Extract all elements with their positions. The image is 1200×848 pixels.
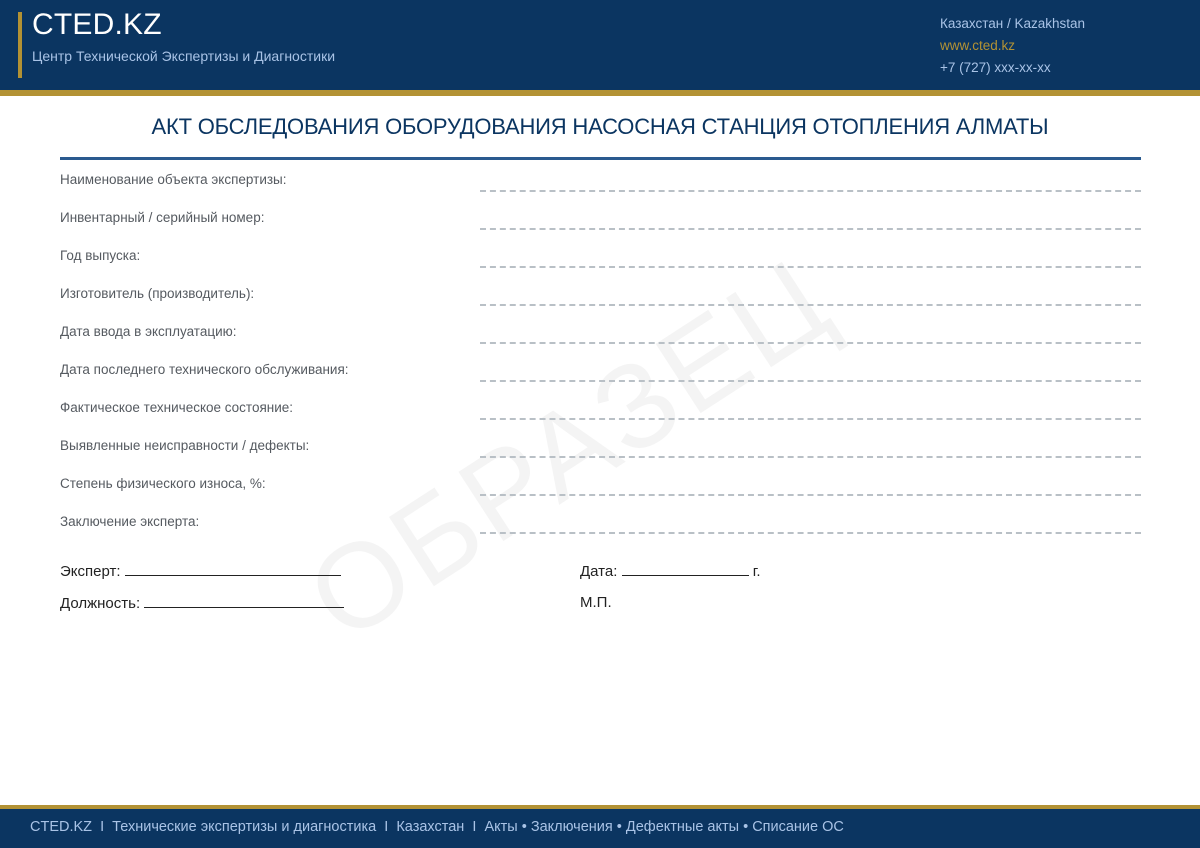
field-input-line[interactable] [480,342,1141,344]
position-label: Должность: [60,595,140,612]
stamp-place: М.П. [580,594,612,611]
footer-text: CTED.KZ I Технические экспертизы и диагн… [30,819,844,835]
field-input-line[interactable] [480,380,1141,382]
position-signature: Должность: [60,594,344,612]
field-input-line[interactable] [480,228,1141,230]
document-title: АКТ ОБСЛЕДОВАНИЯ ОБОРУДОВАНИЯ НАСОСНАЯ С… [0,114,1200,140]
field-row: Наименование объекта экспертизы: [60,172,1141,210]
header-gold-divider [0,90,1200,96]
field-input-line[interactable] [480,266,1141,268]
field-row: Заключение эксперта: [60,514,1141,552]
field-input-line[interactable] [480,456,1141,458]
field-label: Изготовитель (производитель): [60,286,254,301]
field-input-line[interactable] [480,304,1141,306]
date-suffix: г. [753,563,761,580]
field-label: Год выпуска: [60,248,140,263]
field-row: Изготовитель (производитель): [60,286,1141,324]
date-label: Дата: [580,563,617,580]
contact-phone: +7 (727) xxx-xx-xx [940,60,1051,75]
field-label: Выявленные неисправности / дефекты: [60,438,309,453]
brand-subtitle: Центр Технической Экспертизы и Диагности… [32,48,335,64]
brand-accent-bar [18,12,22,78]
expert-label: Эксперт: [60,563,121,580]
title-divider [60,157,1141,160]
position-line[interactable] [144,594,344,608]
expert-signature-line[interactable] [125,562,341,576]
brand-title: CTED.KZ [32,8,162,42]
field-label: Инвентарный / серийный номер: [60,210,264,225]
field-row: Выявленные неисправности / дефекты: [60,438,1141,476]
field-input-line[interactable] [480,190,1141,192]
field-row: Инвентарный / серийный номер: [60,210,1141,248]
field-row: Фактическое техническое состояние: [60,400,1141,438]
field-label: Заключение эксперта: [60,514,199,529]
field-label: Наименование объекта экспертизы: [60,172,287,187]
field-input-line[interactable] [480,532,1141,534]
field-row: Дата последнего технического обслуживани… [60,362,1141,400]
field-row: Степень физического износа, %: [60,476,1141,514]
field-row: Дата ввода в эксплуатацию: [60,324,1141,362]
field-label: Дата ввода в эксплуатацию: [60,324,237,339]
contact-website-link[interactable]: www.cted.kz [940,38,1015,53]
field-label: Степень физического износа, %: [60,476,266,491]
field-input-line[interactable] [480,494,1141,496]
field-row: Год выпуска: [60,248,1141,286]
expert-signature: Эксперт: [60,562,341,580]
date-line[interactable] [622,562,749,576]
field-label: Фактическое техническое состояние: [60,400,293,415]
field-input-line[interactable] [480,418,1141,420]
contact-country: Казахстан / Kazakhstan [940,16,1085,31]
footer-bar: CTED.KZ I Технические экспертизы и диагн… [0,809,1200,848]
field-label: Дата последнего технического обслуживани… [60,362,349,377]
header-banner: CTED.KZ Центр Технической Экспертизы и Д… [0,0,1200,90]
date-signature: Дата: г. [580,562,761,580]
